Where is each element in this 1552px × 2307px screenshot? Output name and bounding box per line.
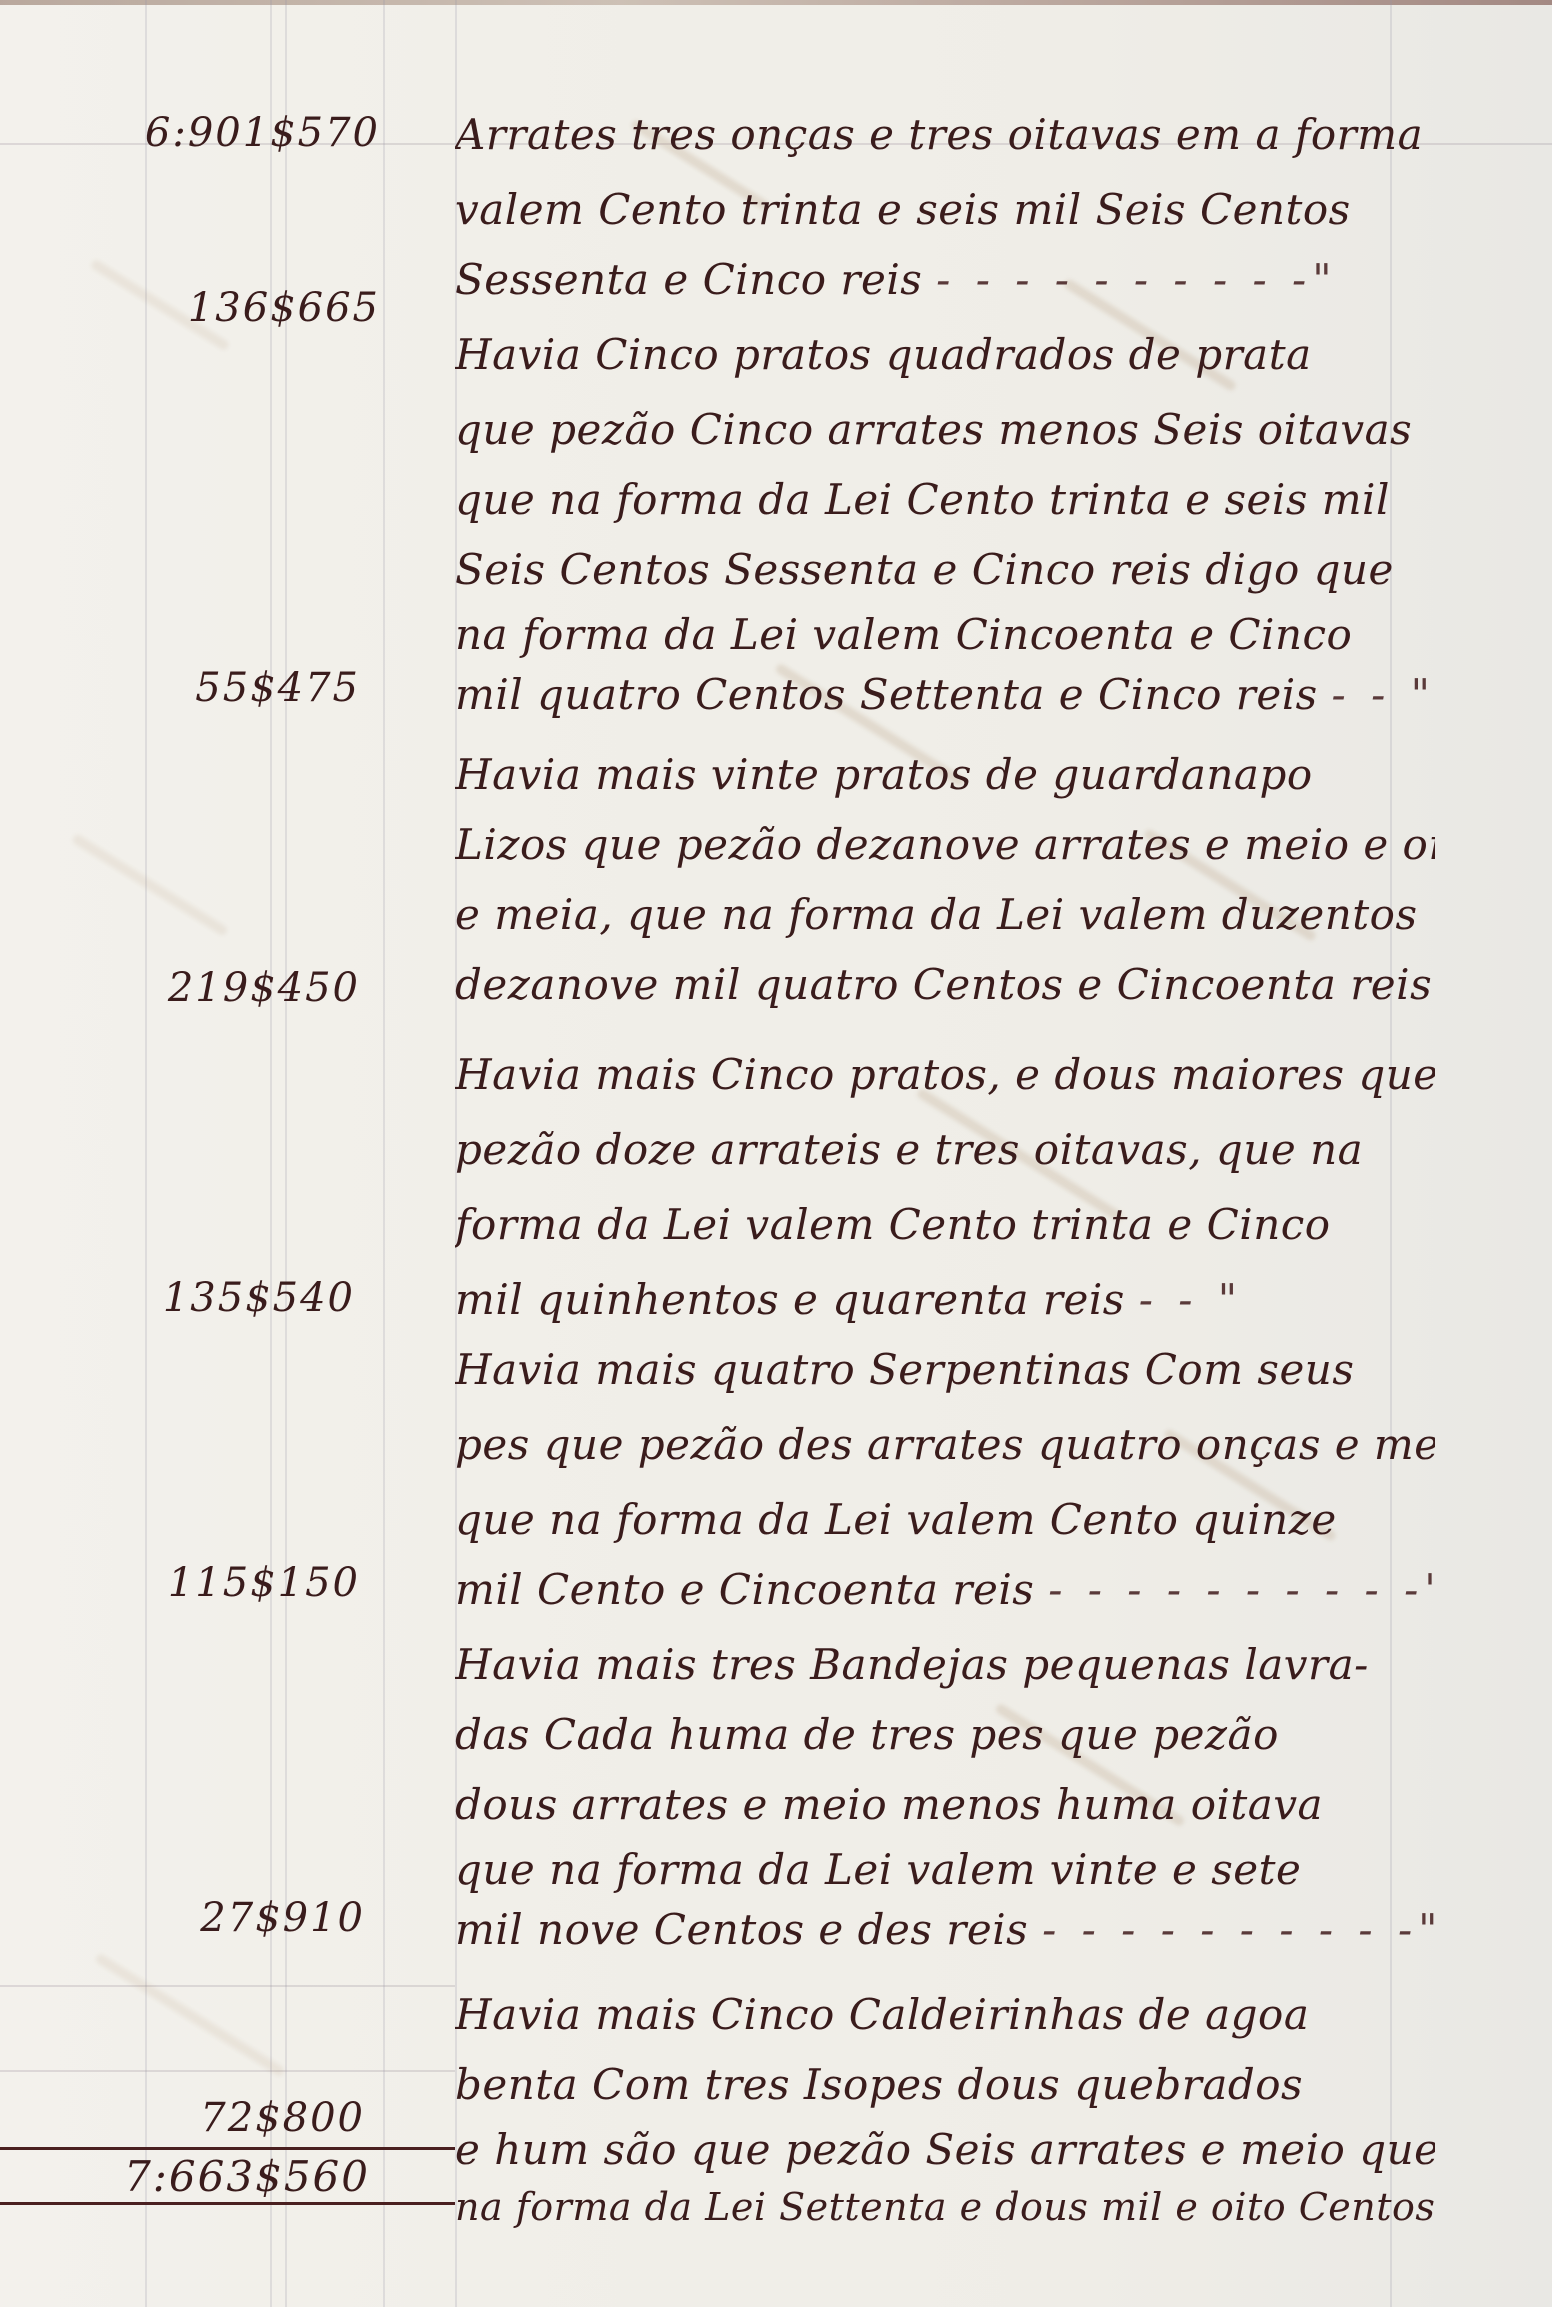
- faint-rule: [0, 1985, 455, 1987]
- margin-rule: [145, 0, 147, 2307]
- text-line: que na forma da Lei valem vinte e sete: [455, 1845, 1435, 1894]
- text-line: forma da Lei valem Cento trinta e Cinco: [455, 1200, 1435, 1249]
- line-filler: - - - - - - - - - -": [1042, 1905, 1435, 1954]
- text-line: dezanove mil quatro Centos e Cincoenta r…: [455, 960, 1435, 1009]
- text-line-content: mil quinhentos e quarenta reis: [455, 1275, 1125, 1324]
- text-line: das Cada huma de tres pes que pezão: [455, 1710, 1435, 1759]
- text-line: Havia Cinco pratos quadrados de prata: [455, 330, 1435, 379]
- text-line: Havia mais Cinco Caldeirinhas de agoa: [455, 1990, 1435, 2039]
- margin-amount: 219$450: [60, 965, 360, 1011]
- text-line-content: mil nove Centos e des reis: [455, 1905, 1028, 1954]
- text-line-content: mil quatro Centos Settenta e Cinco reis: [455, 670, 1318, 719]
- ink-bleed: [94, 1952, 286, 2077]
- line-filler: - - ": [1139, 1275, 1243, 1324]
- text-line: na forma da Lei Settenta e dous mil e oi…: [455, 2185, 1435, 2229]
- line-filler: - - - - - - - - - -": [1048, 1565, 1435, 1614]
- total-rule-bottom: [0, 2202, 455, 2205]
- margin-rule: [383, 0, 385, 2307]
- margin-amount: 115$150: [60, 1560, 360, 1606]
- text-line: Seis Centos Sessenta e Cinco reis digo q…: [455, 545, 1435, 594]
- text-line: dous arrates e meio menos huma oitava: [455, 1780, 1435, 1829]
- margin-amount: 72$800: [60, 2095, 365, 2141]
- text-line: pezão doze arrateis e tres oitavas, que …: [455, 1125, 1435, 1174]
- text-line: que na forma da Lei Cento trinta e seis …: [455, 475, 1435, 524]
- text-line: mil quinhentos e quarenta reis - - ": [455, 1275, 1435, 1324]
- page-top-edge: [0, 0, 1552, 5]
- margin-amount: 136$665: [60, 285, 380, 331]
- margin-amount: 6:901$570: [60, 110, 380, 156]
- line-filler: - - - - - - - - - -": [936, 255, 1337, 304]
- text-line-content: Sessenta e Cinco reis: [455, 255, 922, 304]
- margin-amount: 27$910: [60, 1895, 365, 1941]
- text-line: pes que pezão des arrates quatro onças e…: [455, 1420, 1435, 1469]
- margin-amount: 135$540: [60, 1275, 355, 1321]
- text-line: e meia, que na forma da Lei valem duzent…: [455, 890, 1435, 939]
- text-line: que na forma da Lei valem Cento quinze: [455, 1495, 1435, 1544]
- margin-rule: [270, 0, 272, 2307]
- text-line: Havia mais vinte pratos de guardanapo: [455, 750, 1435, 799]
- text-line-content: mil Cento e Cincoenta reis: [455, 1565, 1034, 1614]
- ledger-page: 6:901$570 136$665 55$475 219$450 135$540…: [0, 0, 1552, 2307]
- text-line: Havia mais tres Bandejas pequenas lavra-: [455, 1640, 1435, 1689]
- total-rule-top: [0, 2147, 455, 2150]
- margin-amount: 55$475: [60, 665, 360, 711]
- text-line: mil nove Centos e des reis - - - - - - -…: [455, 1905, 1435, 1954]
- margin-rule: [285, 0, 287, 2307]
- text-line: Lizos que pezão dezanove arrates e meio …: [455, 820, 1435, 869]
- line-filler: - - ": [1332, 670, 1435, 719]
- text-line: e hum são que pezão Seis arrates e meio …: [455, 2125, 1435, 2174]
- text-line: Havia mais quatro Serpentinas Com seus: [455, 1345, 1435, 1394]
- text-line: mil quatro Centos Settenta e Cinco reis …: [455, 670, 1435, 719]
- text-line: benta Com tres Isopes dous quebrados: [455, 2060, 1435, 2109]
- text-line: Sessenta e Cinco reis - - - - - - - - - …: [455, 255, 1435, 304]
- text-line: mil Cento e Cincoenta reis - - - - - - -…: [455, 1565, 1435, 1614]
- faint-rule: [0, 2070, 455, 2072]
- text-line: que pezão Cinco arrates menos Seis oitav…: [455, 405, 1435, 454]
- page-total: 7:663$560: [40, 2152, 370, 2201]
- ink-bleed: [71, 833, 229, 937]
- text-line: Arrates tres onças e tres oitavas em a f…: [455, 110, 1435, 159]
- text-line: Havia mais Cinco pratos, e dous maiores …: [455, 1050, 1435, 1099]
- text-line: na forma da Lei valem Cincoenta e Cinco: [455, 610, 1435, 659]
- text-line: valem Cento trinta e seis mil Seis Cento…: [455, 185, 1435, 234]
